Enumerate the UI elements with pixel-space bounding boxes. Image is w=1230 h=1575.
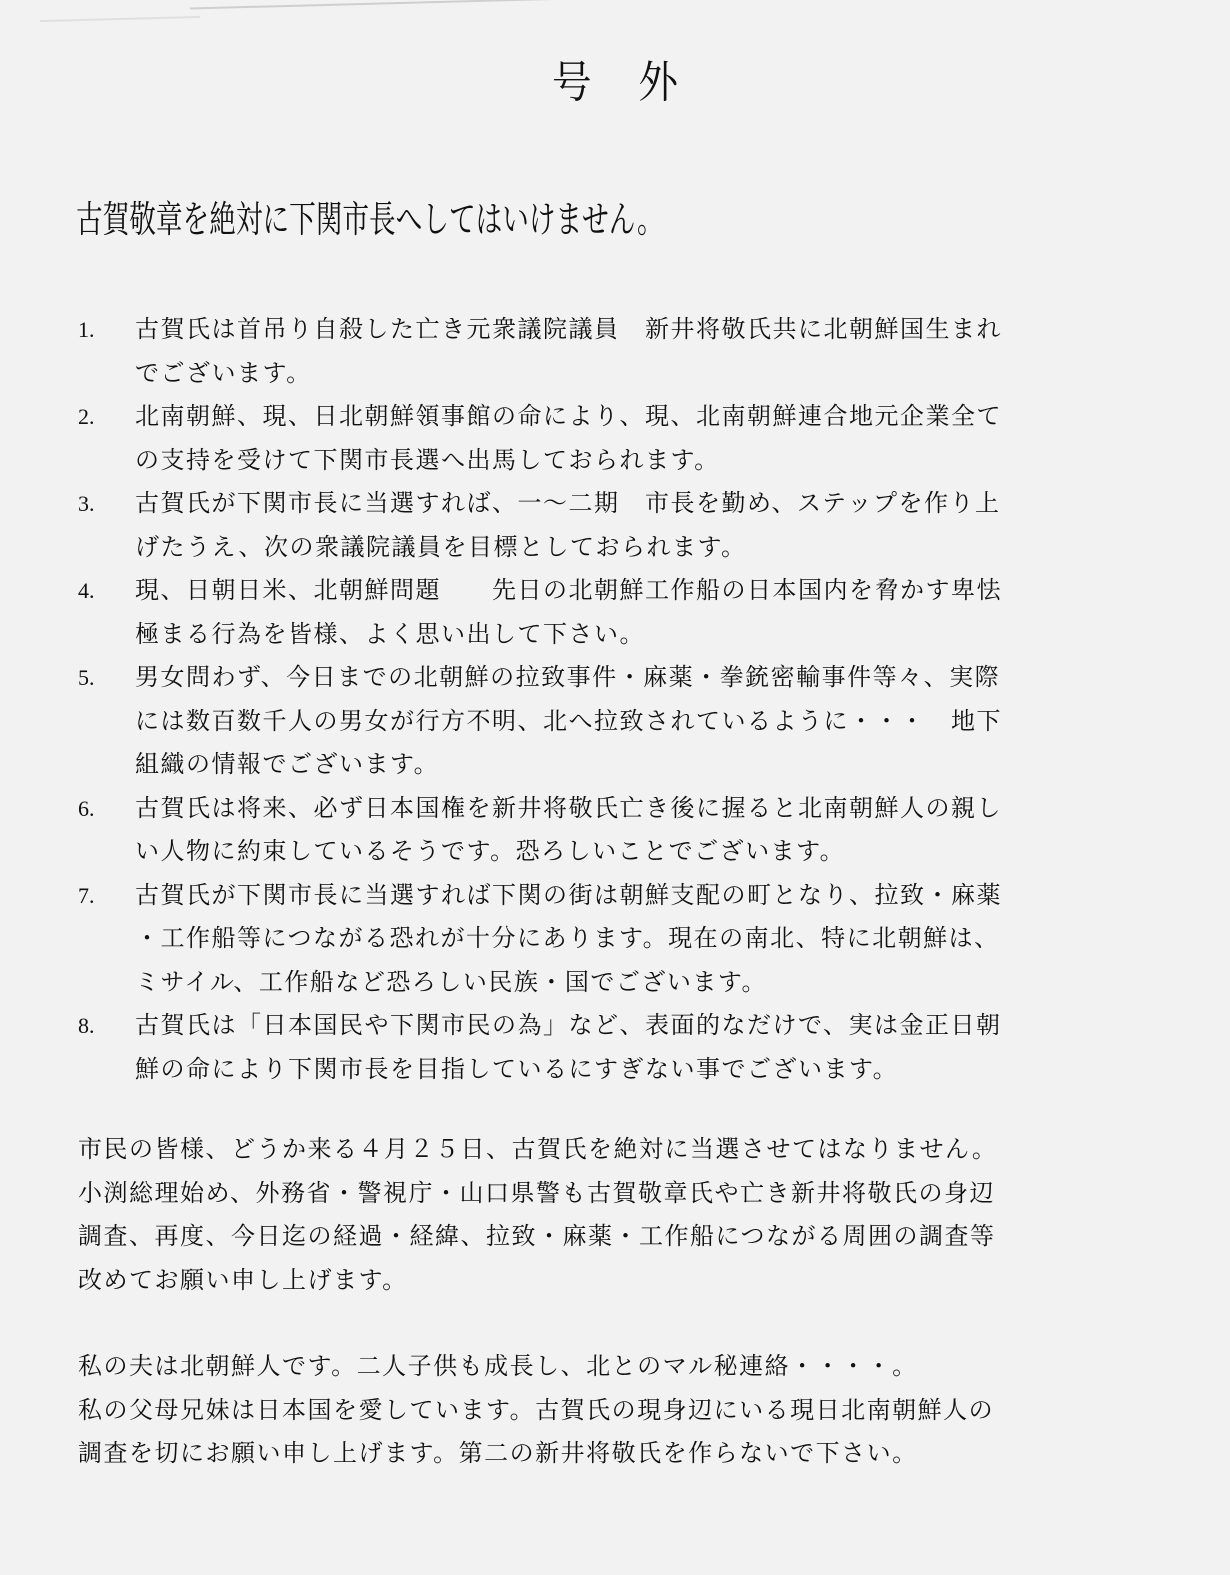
list-item-text: 古賀氏は「日本国民や下関市民の為」など、表面的なだけで、実は金正日朝 鮮の命によ…	[135, 1004, 1158, 1091]
list-item-number: 1.	[78, 308, 135, 395]
text-line: 古賀氏が下関市長に当選すれば、一～二期 市長を勤め、ステップを作り上	[135, 482, 1158, 526]
text-line: 私の父母兄妹は日本国を愛しています。古賀氏の現身辺にいる現日北南朝鮮人の	[78, 1389, 1158, 1433]
list-item-number: 8.	[78, 1004, 135, 1091]
scanned-document-page: 号外 古賀敬章を絶対に下関市長へしてはいけません。 1. 古賀氏は首吊り自殺した…	[0, 0, 1230, 1575]
text-line: 組織の情報でございます。	[135, 743, 1158, 787]
scan-artifact-line	[190, 0, 610, 9]
text-line: の支持を受けて下関市長選へ出馬しておられます。	[135, 439, 1158, 483]
list-item: 3. 古賀氏が下関市長に当選すれば、一～二期 市長を勤め、ステップを作り上 げた…	[78, 482, 1158, 569]
text-line: 古賀氏が下関市長に当選すれば下関の街は朝鮮支配の町となり、拉致・麻薬	[135, 874, 1158, 918]
text-line: 私の夫は北朝鮮人です。二人子供も成長し、北とのマル秘連絡・・・・。	[78, 1345, 1158, 1389]
text-line: 現、日朝日米、北朝鮮問題 先日の北朝鮮工作船の日本国内を脅かす卑怯	[135, 569, 1158, 613]
list-item-number: 7.	[78, 874, 135, 1005]
text-line: 極まる行為を皆様、よく思い出して下さい。	[135, 613, 1158, 657]
list-item: 2. 北南朝鮮、現、日北朝鮮領事館の命により、現、北南朝鮮連合地元企業全て の支…	[78, 395, 1158, 482]
list-item-text: 古賀氏は首吊り自殺した亡き元衆議院議員 新井将敬氏共に北朝鮮国生まれ でございま…	[135, 308, 1158, 395]
list-item: 4. 現、日朝日米、北朝鮮問題 先日の北朝鮮工作船の日本国内を脅かす卑怯 極まる…	[78, 569, 1158, 656]
text-line: には数百数千人の男女が行方不明、北へ拉致されているように・・・ 地下	[135, 700, 1158, 744]
list-item: 7. 古賀氏が下関市長に当選すれば下関の街は朝鮮支配の町となり、拉致・麻薬 ・工…	[78, 874, 1158, 1005]
scan-artifact-line	[40, 16, 200, 22]
list-item-number: 4.	[78, 569, 135, 656]
text-line: ミサイル、工作船など恐ろしい民族・国でございます。	[135, 961, 1158, 1005]
appeal-paragraph: 市民の皆様、どうか来る４月２５日、古賀氏を絶対に当選させてはなりません。 小渕総…	[78, 1128, 1158, 1302]
list-item-text: 古賀氏は将来、必ず日本国権を新井将敬氏亡き後に握ると北南朝鮮人の親し い人物に約…	[135, 787, 1158, 874]
text-line: 調査を切にお願い申し上げます。第二の新井将敬氏を作らないで下さい。	[78, 1432, 1158, 1476]
list-item-text: 北南朝鮮、現、日北朝鮮領事館の命により、現、北南朝鮮連合地元企業全て の支持を受…	[135, 395, 1158, 482]
text-line: 古賀氏は首吊り自殺した亡き元衆議院議員 新井将敬氏共に北朝鮮国生まれ	[135, 308, 1158, 352]
list-item-text: 古賀氏が下関市長に当選すれば、一～二期 市長を勤め、ステップを作り上 げたうえ、…	[135, 482, 1158, 569]
text-line: 調査、再度、今日迄の経過・経緯、拉致・麻薬・工作船につながる周囲の調査等	[78, 1215, 1158, 1259]
list-item-number: 3.	[78, 482, 135, 569]
text-line: い人物に約束しているそうです。恐ろしいことでございます。	[135, 830, 1158, 874]
text-line: 古賀氏は将来、必ず日本国権を新井将敬氏亡き後に握ると北南朝鮮人の親し	[135, 787, 1158, 831]
document-title: 号外	[62, 57, 1169, 110]
list-item-text: 古賀氏が下関市長に当選すれば下関の街は朝鮮支配の町となり、拉致・麻薬 ・工作船等…	[135, 874, 1158, 1005]
list-item: 1. 古賀氏は首吊り自殺した亡き元衆議院議員 新井将敬氏共に北朝鮮国生まれ でご…	[78, 308, 1158, 395]
text-line: でございます。	[135, 352, 1158, 396]
list-item-text: 現、日朝日米、北朝鮮問題 先日の北朝鮮工作船の日本国内を脅かす卑怯 極まる行為を…	[135, 569, 1158, 656]
text-line: 市民の皆様、どうか来る４月２５日、古賀氏を絶対に当選させてはなりません。	[78, 1128, 1158, 1172]
document-headline: 古賀敬章を絶対に下関市長へしてはいけません。	[76, 198, 664, 242]
text-line: 小渕総理始め、外務省・警視庁・山口県警も古賀敬章氏や亡き新井将敬氏の身辺	[78, 1172, 1158, 1216]
text-line: 古賀氏は「日本国民や下関市民の為」など、表面的なだけで、実は金正日朝	[135, 1004, 1158, 1048]
text-line: 北南朝鮮、現、日北朝鮮領事館の命により、現、北南朝鮮連合地元企業全て	[135, 395, 1158, 439]
text-line: 鮮の命により下関市長を目指しているにすぎない事でございます。	[135, 1048, 1158, 1092]
list-item: 8. 古賀氏は「日本国民や下関市民の為」など、表面的なだけで、実は金正日朝 鮮の…	[78, 1004, 1158, 1091]
text-line: 男女問わず、今日までの北朝鮮の拉致事件・麻薬・拳銃密輸事件等々、実際	[135, 656, 1158, 700]
list-item-text: 男女問わず、今日までの北朝鮮の拉致事件・麻薬・拳銃密輸事件等々、実際 には数百数…	[135, 656, 1158, 787]
list-item-number: 2.	[78, 395, 135, 482]
numbered-list: 1. 古賀氏は首吊り自殺した亡き元衆議院議員 新井将敬氏共に北朝鮮国生まれ でご…	[78, 308, 1158, 1091]
list-item: 6. 古賀氏は将来、必ず日本国権を新井将敬氏亡き後に握ると北南朝鮮人の親し い人…	[78, 787, 1158, 874]
text-line: ・工作船等につながる恐れが十分にあります。現在の南北、特に北朝鮮は、	[135, 917, 1158, 961]
closing-paragraph: 私の夫は北朝鮮人です。二人子供も成長し、北とのマル秘連絡・・・・。 私の父母兄妹…	[78, 1345, 1158, 1476]
list-item-number: 5.	[78, 656, 135, 787]
list-item-number: 6.	[78, 787, 135, 874]
list-item: 5. 男女問わず、今日までの北朝鮮の拉致事件・麻薬・拳銃密輸事件等々、実際 には…	[78, 656, 1158, 787]
text-line: 改めてお願い申し上げます。	[78, 1259, 1158, 1303]
text-line: げたうえ、次の衆議院議員を目標としておられます。	[135, 526, 1158, 570]
